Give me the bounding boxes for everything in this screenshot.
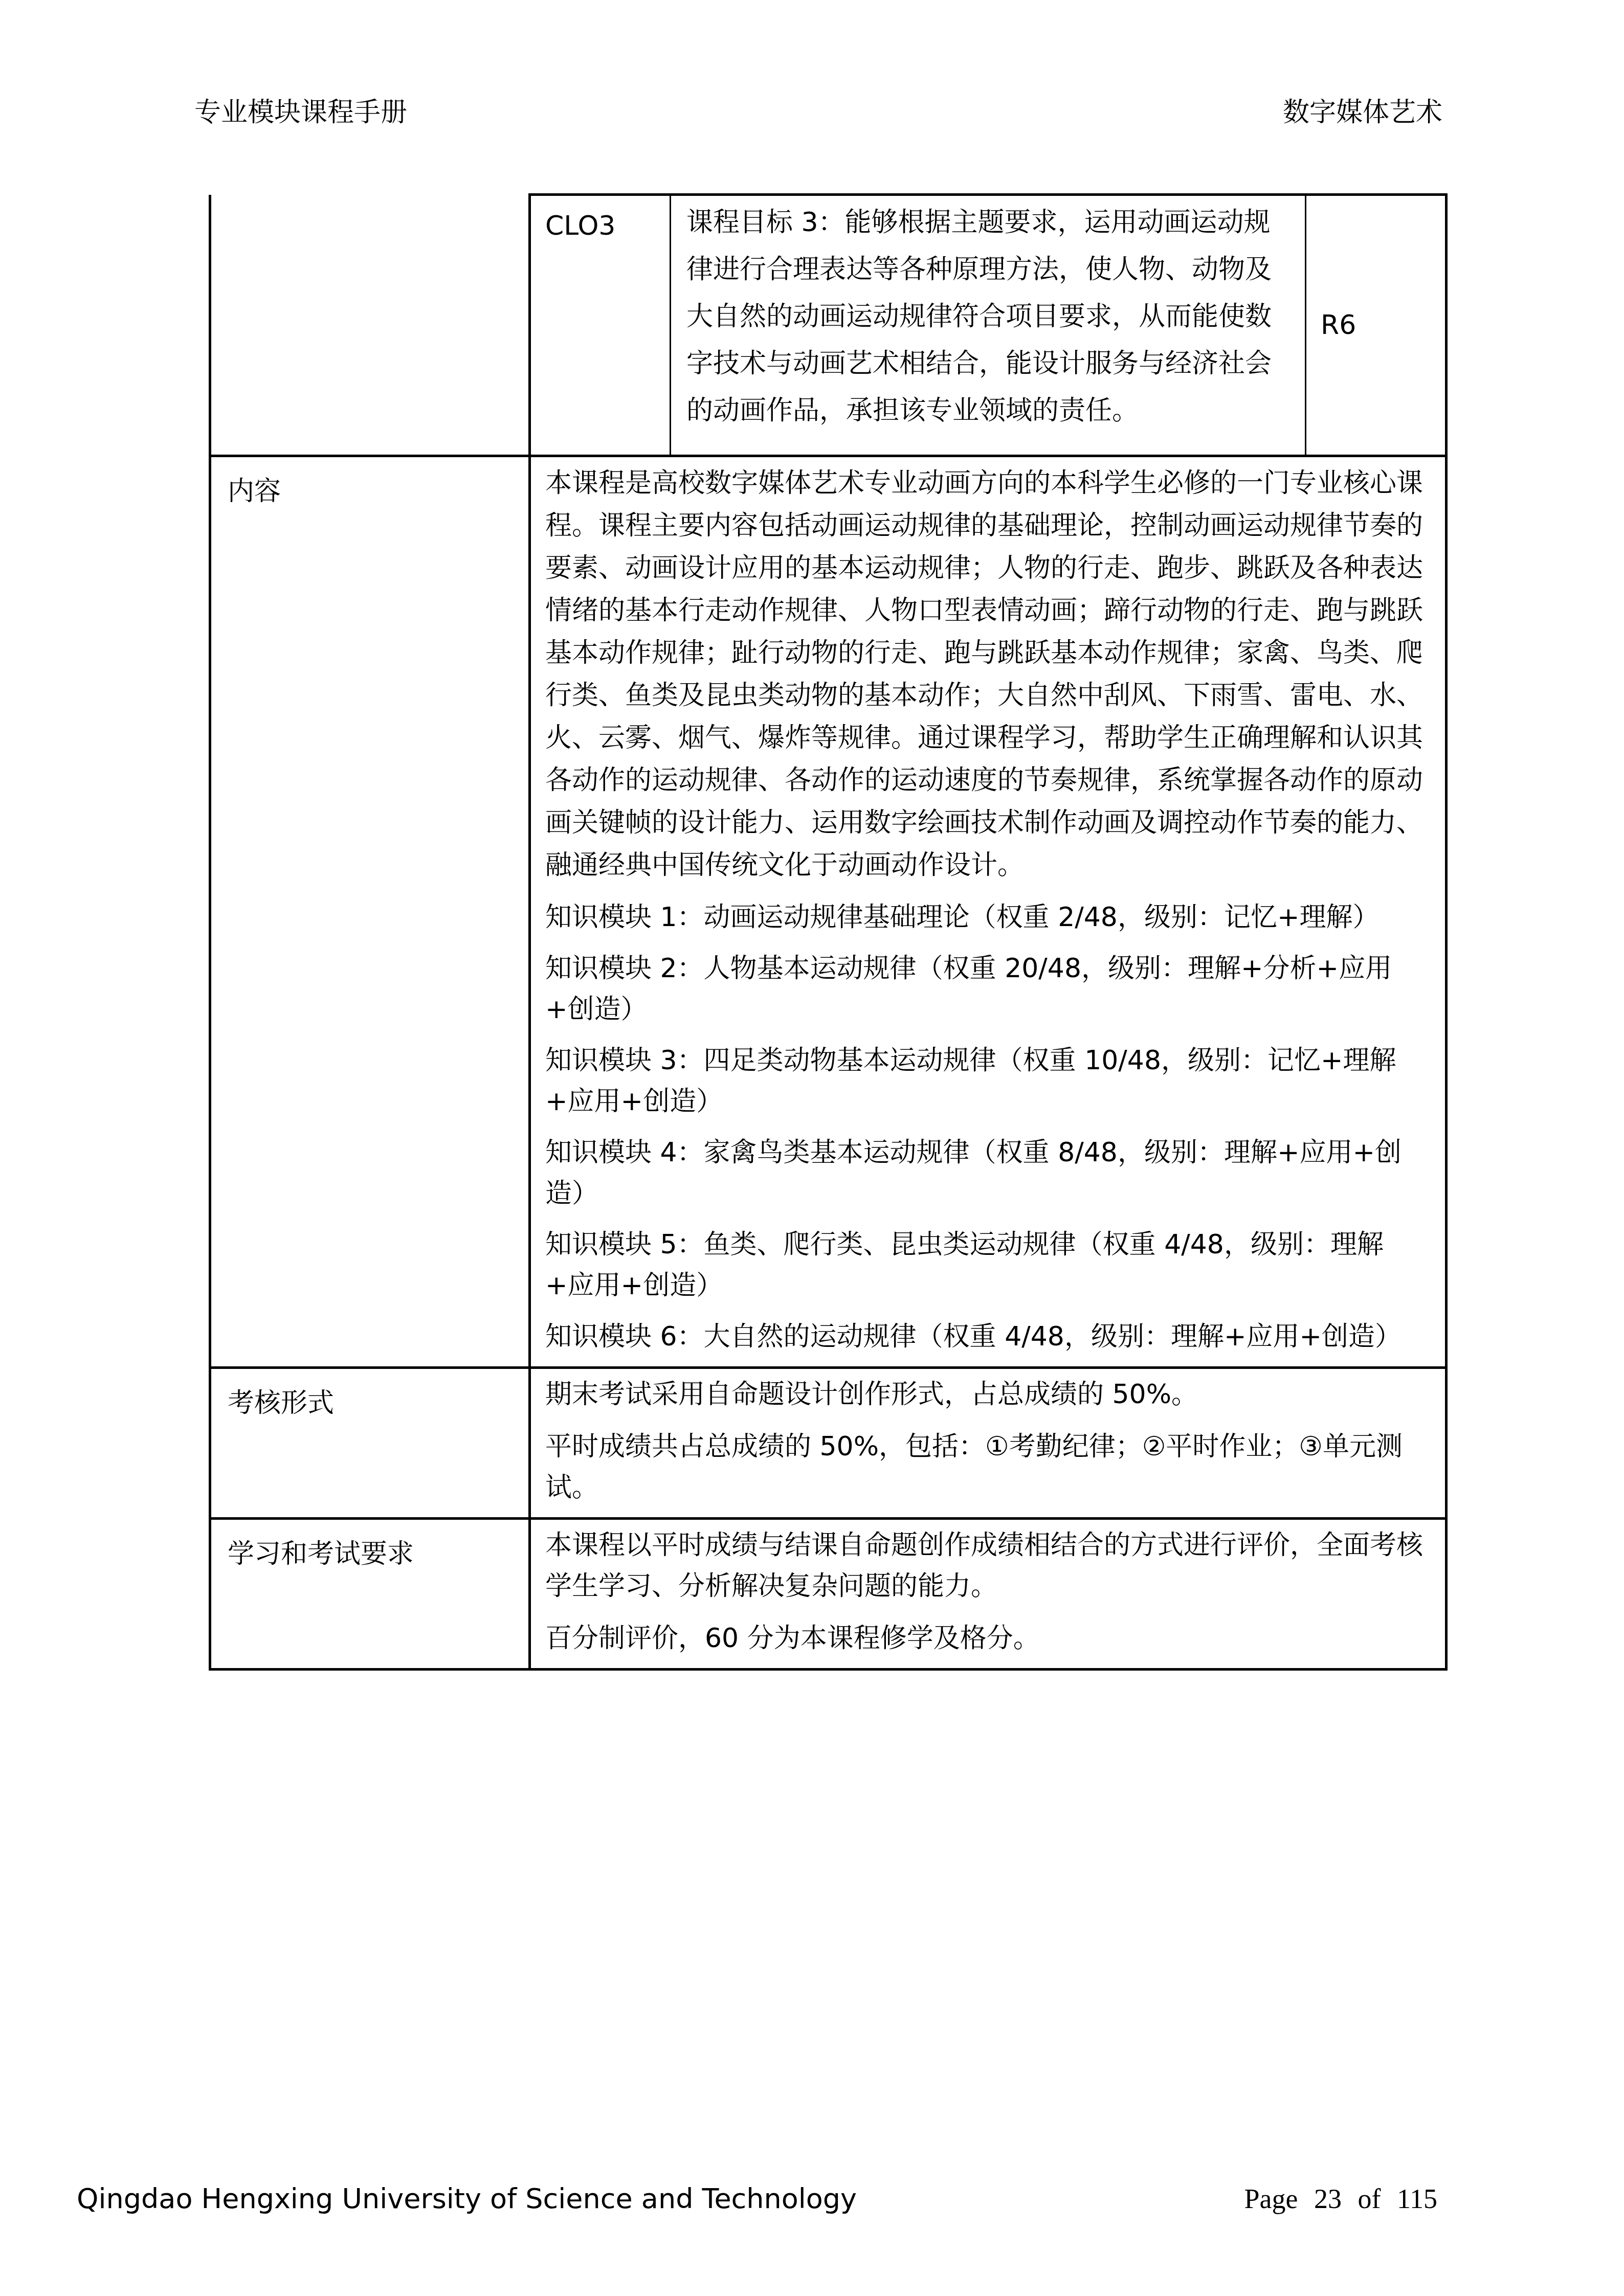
- content-cell: 本课程是高校数字媒体艺术专业动画方向的本科学生必修的一门专业核心课程。课程主要内…: [530, 456, 1447, 1368]
- requirements-label: 学习和考试要求: [210, 1519, 530, 1670]
- assessment-cell: 期末考试采用自命题设计创作形式，占总成绩的 50%。 平时成绩共占总成绩的 50…: [530, 1368, 1447, 1519]
- requirements-row: 学习和考试要求 本课程以平时成绩与结课自命题创作成绩相结合的方式进行评价，全面考…: [210, 1519, 1447, 1670]
- header-handbook-title: 专业模块课程手册: [194, 97, 407, 128]
- assessment-final-exam: 期末考试采用自命题设计创作形式，占总成绩的 50%。: [545, 1374, 1431, 1415]
- knowledge-module-1: 知识模块 1：动画运动规律基础理论（权重 2/48，级别：记忆+理解）: [545, 897, 1431, 938]
- assessment-label: 考核形式: [210, 1368, 530, 1519]
- course-table: CLO3 课程目标 3：能够根据主题要求，运用动画运动规律进行合理表达等各种原理…: [209, 193, 1448, 1671]
- knowledge-module-6: 知识模块 6：大自然的运动规律（权重 4/48，级别：理解+应用+创造）: [545, 1316, 1431, 1357]
- clo-label-cell: [210, 195, 530, 456]
- clo-row: CLO3 课程目标 3：能够根据主题要求，运用动画运动规律进行合理表达等各种原理…: [210, 195, 1447, 456]
- footer-page-number: Page 23 of 115: [1244, 2184, 1437, 2214]
- knowledge-module-5: 知识模块 5：鱼类、爬行类、昆虫类运动规律（权重 4/48，级别：理解+应用+创…: [545, 1224, 1431, 1306]
- requirements-passing-score: 百分制评价，60 分为本课程修学及格分。: [545, 1618, 1431, 1659]
- requirements-cell: 本课程以平时成绩与结课自命题创作成绩相结合的方式进行评价，全面考核学生学习、分析…: [530, 1519, 1447, 1670]
- content-intro: 本课程是高校数字媒体艺术专业动画方向的本科学生必修的一门专业核心课程。课程主要内…: [545, 462, 1431, 887]
- content-label: 内容: [210, 456, 530, 1368]
- requirements-evaluation: 本课程以平时成绩与结课自命题创作成绩相结合的方式进行评价，全面考核学生学习、分析…: [545, 1525, 1431, 1607]
- knowledge-module-4: 知识模块 4：家禽鸟类基本运动规律（权重 8/48，级别：理解+应用+创造）: [545, 1132, 1431, 1214]
- assessment-row: 考核形式 期末考试采用自命题设计创作形式，占总成绩的 50%。 平时成绩共占总成…: [210, 1368, 1447, 1519]
- assessment-regular-grade: 平时成绩共占总成绩的 50%，包括：①考勤纪律；②平时作业；③单元测试。: [545, 1426, 1431, 1508]
- clo-detail-cell: CLO3 课程目标 3：能够根据主题要求，运用动画运动规律进行合理表达等各种原理…: [530, 195, 1447, 456]
- clo-inner-table: CLO3 课程目标 3：能够根据主题要求，运用动画运动规律进行合理表达等各种原理…: [531, 196, 1445, 455]
- content-row: 内容 本课程是高校数字媒体艺术专业动画方向的本科学生必修的一门专业核心课程。课程…: [210, 456, 1447, 1368]
- clo-objective: 课程目标 3：能够根据主题要求，运用动画运动规律进行合理表达等各种原理方法，使人…: [671, 196, 1306, 455]
- knowledge-module-3: 知识模块 3：四足类动物基本运动规律（权重 10/48，级别：记忆+理解+应用+…: [545, 1040, 1431, 1122]
- footer-university: Qingdao Hengxing University of Science a…: [77, 2184, 857, 2214]
- clo-id: CLO3: [531, 196, 671, 455]
- clo-requirement: R6: [1306, 196, 1445, 455]
- header-major-name: 数字媒体艺术: [1283, 97, 1442, 128]
- knowledge-module-2: 知识模块 2：人物基本运动规律（权重 20/48，级别：理解+分析+应用+创造）: [545, 948, 1431, 1030]
